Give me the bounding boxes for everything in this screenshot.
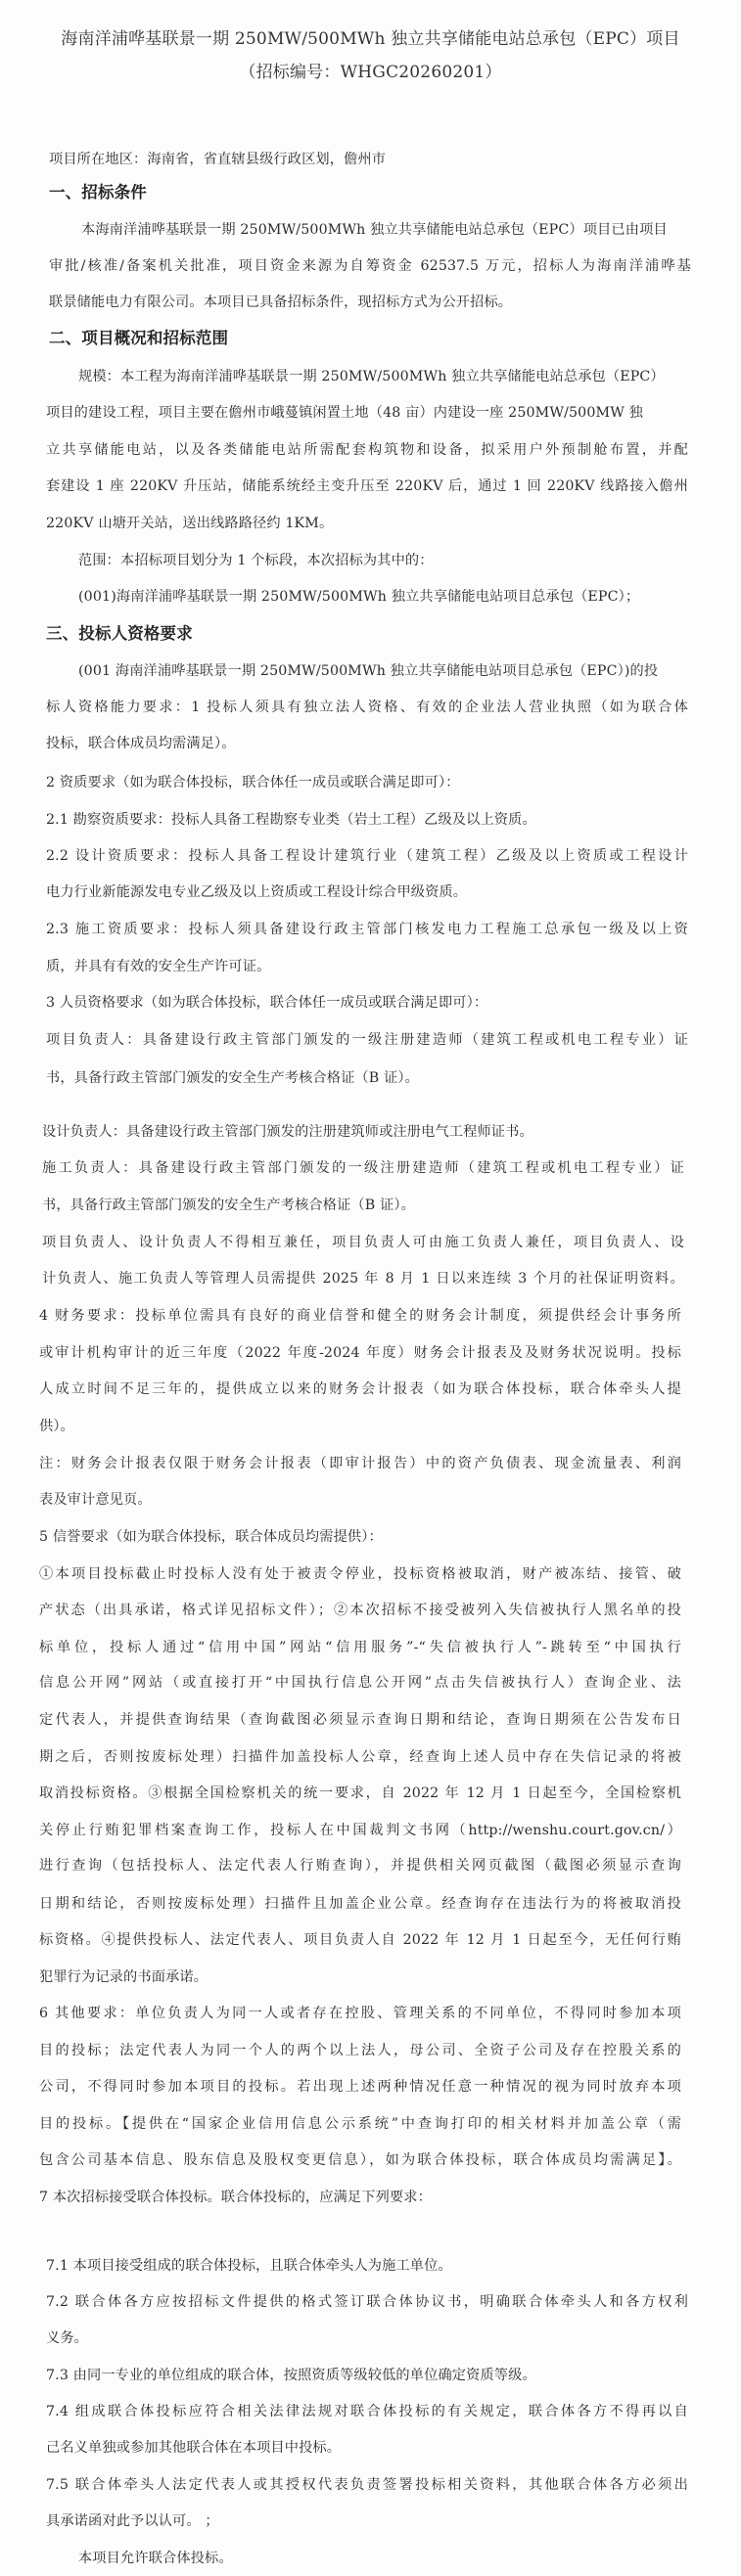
paragraph-line: 供）。 xyxy=(39,1417,74,1436)
paragraph-line: 义务。 xyxy=(46,2328,88,2348)
paragraph-line: 目的投标；法定代表人为同一个人的两个以上法人，母公司、全资子公司及存在控股关系的 xyxy=(39,2041,681,2060)
paragraph-line: 审批/核准/备案机关批准，项目资金来源为自筹资金 62537.5 万元，招标人为… xyxy=(49,256,691,276)
paragraph-line: 定代表人，并提供查询结果（查询截图必须显示查询日期和结论，查询日期须在公告发布日 xyxy=(39,1710,681,1730)
paragraph-line: 7.1 本项目接受组成的联合体投标，且联合体牵头人为施工单位。 xyxy=(46,2256,452,2276)
tender-number: （招标编号：WHGC20260201） xyxy=(0,63,741,82)
paragraph-line: 进行查询（包括投标人、法定代表人行贿查询），并提供相关网页截图（截图必须显示查询 xyxy=(39,1856,681,1876)
paragraph-line: 书，具备行政主管部门颁发的安全生产考核合格证（B 证）。 xyxy=(42,1196,415,1215)
project-region: 项目所在地区：海南省，省直辖县级行政区划，儋州市 xyxy=(49,150,386,169)
document-title: 海南洋浦哗基联景一期 250MW/500MWh 独立共享储能电站总承包（EPC）… xyxy=(0,29,741,49)
paragraph-line: 联景储能电力有限公司。本项目已具备招标条件，现招标方式为公开招标。 xyxy=(49,293,512,312)
section-heading-project-overview: 二、项目概况和招标范围 xyxy=(49,329,228,348)
paragraph-line: 人成立时间不足三年的，提供成立以来的财务会计报表（如为联合体投标，联合体牵头人提 xyxy=(39,1379,681,1399)
paragraph-line: 立共享储能电站，以及各类储能电站所需配套构筑物和设备，拟采用户外预制舱布置，并配 xyxy=(46,440,688,460)
paragraph-line: 施工负责人：具备建设行政主管部门颁发的一级注册建造师（建筑工程或机电工程专业）证 xyxy=(42,1158,684,1178)
paragraph-line: 220KV 山塘开关站，送出线路路径约 1KM。 xyxy=(46,514,333,533)
paragraph-line: ①本项目投标截止时投标人没有处于被责令停业，投标资格被取消，财产被冻结、接管、破 xyxy=(39,1564,681,1584)
paragraph-line: 2.2 设计资质要求：投标人具备工程设计建筑行业（建筑工程）乙级及以上资质或工程… xyxy=(46,846,688,866)
paragraph-line: 取消投标资格。③根据全国检察机关的统一要求，自 2022 年 12 月 1 日起… xyxy=(39,1784,681,1803)
paragraph-line: (001 海南洋浦哗基联景一期 250MW/500MWh 独立共享储能电站项目总… xyxy=(78,661,658,681)
paragraph-line: 7.3 由同一专业的单位组成的联合体，按照资质等级较低的单位确定资质等级。 xyxy=(46,2366,536,2385)
paragraph-line: 或审计机构审计的近三年度（2022 年度-2024 年度）财务会计报表及及财务状… xyxy=(39,1343,681,1363)
paragraph-line: 7 本次招标接受联合体投标。联合体投标的，应满足下列要求： xyxy=(39,2188,432,2207)
section-heading-bidder-qualifications: 三、投标人资格要求 xyxy=(46,624,193,644)
paragraph-line: 包含公司基本信息、股东信息及股权变更信息），如为联合体投标，联合体成员均需满足】… xyxy=(39,2150,681,2170)
paragraph-line: 本海南洋浦哗基联景一期 250MW/500MWh 独立共享储能电站总承包（EPC… xyxy=(81,220,668,240)
paragraph-line: 7.2 联合体各方应按招标文件提供的格式签订联合体协议书，明确联合体牵头人和各方… xyxy=(46,2292,688,2312)
paragraph-line: 标资格。④提供投标人、法定代表人、项目负责人自 2022 年 12 月 1 日起… xyxy=(39,1930,681,1950)
paragraph-line: 规模：本工程为海南洋浦哗基联景一期 250MW/500MWh 独立共享储能电站总… xyxy=(78,367,665,386)
closing-statement: 本项目允许联合体投标。 xyxy=(78,2549,233,2568)
paragraph-line: 设计负责人：具备建设行政主管部门颁发的注册建筑师或注册电气工程师证书。 xyxy=(42,1122,533,1142)
paragraph-line: 计负责人、施工负责人等管理人员需提供 2025 年 8 月 1 日以来连续 3 … xyxy=(42,1269,684,1288)
paragraph-line: 犯罪行为记录的书面承诺。 xyxy=(39,1967,208,1987)
paragraph-line: 项目负责人：具备建设行政主管部门颁发的一级注册建造师（建筑工程或机电工程专业）证 xyxy=(46,1030,688,1050)
paragraph-line: 项目的建设工程，项目主要在儋州市峨蔓镇闲置土地（48 亩）内建设一座 250MW… xyxy=(46,403,643,423)
paragraph-line: 目的投标。【提供在“国家企业信用信息公示系统”中查询打印的相关材料并加盖公章（需 xyxy=(39,2114,681,2134)
paragraph-line: 7.4 组成联合体投标应符合相关法律法规对联合体投标的有关规定，联合体各方不得再… xyxy=(46,2402,688,2421)
paragraph-line: 具承诺函对此予以认可。 ； xyxy=(46,2511,219,2531)
lot-line: (001)海南洋浦哗基联景一期 250MW/500MWh 独立共享储能电站项目总… xyxy=(78,587,639,607)
scope-line: 范围：本招标项目划分为 1 个标段，本次招标为其中的： xyxy=(78,551,434,570)
paragraph-line: 2.3 施工资质要求：投标人须具备建设行政主管部门核发电力工程施工总承包一级及以… xyxy=(46,920,688,939)
paragraph-line: 关停止行贿犯罪档案查询工作，投标人在中国裁判文书网（http://wenshu.… xyxy=(39,1821,681,1840)
paragraph-line: 己名义单独或参加其他联合体在本项目中投标。 xyxy=(46,2438,341,2458)
paragraph-line: 电力行业新能源发电专业乙级及以上资质或工程设计综合甲级资质。 xyxy=(46,882,467,902)
paragraph-line: 5 信誉要求（如为联合体投标，联合体成员均需提供）： xyxy=(39,1527,383,1547)
paragraph-line: 2.1 勘察资质要求：投标人具备工程勘察专业类（岩土工程）乙级及以上资质。 xyxy=(46,810,536,830)
paragraph-line: 6 其他要求：单位负责人为同一人或者存在控股、管理关系的不同单位，不得同时参加本… xyxy=(39,2004,681,2023)
paragraph-line: 2 资质要求（如为联合体投标，联合体任一成员或联合满足即可）： xyxy=(46,773,460,792)
paragraph-line: 书，具备行政主管部门颁发的安全生产考核合格证（B 证）。 xyxy=(46,1068,419,1088)
tender-announcement-page: 海南洋浦哗基联景一期 250MW/500MWh 独立共享储能电站总承包（EPC）… xyxy=(0,0,741,2576)
section-heading-tender-conditions: 一、招标条件 xyxy=(49,183,147,203)
paragraph-line: 项目负责人、设计负责人不得相互兼任，项目负责人可由施工负责人兼任，项目负责人、设 xyxy=(42,1233,684,1252)
paragraph-line: 4 财务要求：投标单位需具有良好的商业信誉和健全的财务会计制度，须提供经会计事务… xyxy=(39,1306,681,1326)
paragraph-line: 期之后，否则按废标处理）扫描件加盖投标人公章，经查询上述人员中存在失信记录的将被 xyxy=(39,1747,681,1767)
paragraph-line: 产状态（出具承诺，格式详见招标文件）；②本次招标不接受被列入失信被执行人黑名单的… xyxy=(39,1601,681,1620)
paragraph-line: 套建设 1 座 220KV 升压站，储能系统经主变升压至 220KV 后，通过 … xyxy=(46,476,688,496)
paragraph-line: 质，并具有有效的安全生产许可证。 xyxy=(46,957,270,976)
paragraph-line: 公司，不得同时参加本项目的投标。若出现上述两种情况任意一种情况的视为同时放弃本项 xyxy=(39,2077,681,2097)
paragraph-line: 3 人员资格要求（如为联合体投标，联合体任一成员或联合满足即可）： xyxy=(46,993,487,1013)
paragraph-line: 标人资格能力要求：1 投标人须具有独立法人资格、有效的企业法人营业执照（如为联合… xyxy=(46,698,688,717)
paragraph-line: 7.5 联合体牵头人法定代表人或其授权代表负责签署投标相关资料，其他联合体各方必… xyxy=(46,2475,688,2495)
paragraph-line: 表及审计意见页。 xyxy=(39,1490,152,1510)
paragraph-line: 日期和结论，否则按废标处理）扫描件且加盖企业公章。经查询存在违法行为的将被取消投 xyxy=(39,1894,681,1914)
paragraph-line: 标单位，投标人通过“信用中国”网站“信用服务”-“失信被执行人”-跳转至“中国执… xyxy=(39,1638,681,1657)
paragraph-line: 信息公开网”网站（或直接打开“中国执行信息公开网”点击失信被执行人）查询企业、法 xyxy=(39,1673,681,1693)
paragraph-line: 投标，联合体成员均需满足）。 xyxy=(46,734,236,753)
paragraph-line: 注：财务会计报表仅限于财务会计报表（即审计报告）中的资产负债表、现金流量表、利润 xyxy=(39,1454,681,1473)
